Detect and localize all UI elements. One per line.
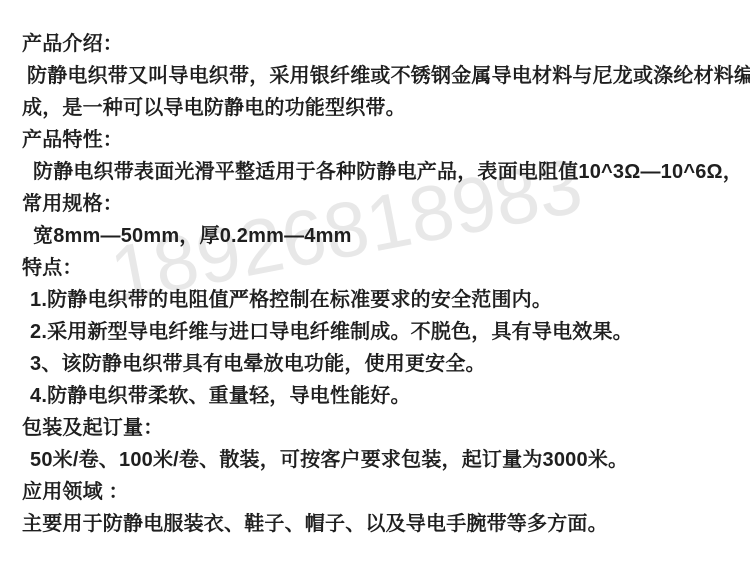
heading-common-specs: 常用规格： [22,188,732,220]
heading-packaging-moq: 包装及起订量： [22,412,732,444]
product-description-content: 产品介绍： 防静电织带又叫导电织带，采用银纤维或不锈钢金属导电材料与尼龙或涤纶材… [0,0,750,540]
specs-text: 宽8mm—50mm，厚0.2mm—4mm [22,220,732,252]
heading-characteristics: 特点： [22,252,732,284]
characteristic-item-3: 3、该防静电织带具有电晕放电功能，使用更安全。 [22,348,732,380]
characteristic-item-1: 1.防静电织带的电阻值严格控制在标准要求的安全范围内。 [22,284,732,316]
intro-text-line-2: 成，是一种可以导电防静电的功能型织带。 [22,92,732,124]
heading-product-intro: 产品介绍： [22,28,732,60]
characteristic-item-2: 2.采用新型导电纤维与进口导电纤维制成。不脱色，具有导电效果。 [22,316,732,348]
characteristic-item-4: 4.防静电织带柔软、重量轻，导电性能好。 [22,380,732,412]
applications-text: 主要用于防静电服装衣、鞋子、帽子、以及导电手腕带等多方面。 [22,508,732,540]
heading-product-features: 产品特性： [22,124,732,156]
product-description-page: 18926818983 产品介绍： 防静电织带又叫导电织带，采用银纤维或不锈钢金… [0,0,750,563]
heading-applications: 应用领域 ： [22,476,732,508]
packaging-text: 50米/卷、100米/卷、散装，可按客户要求包装，起订量为3000米。 [22,444,732,476]
features-text: 防静电织带表面光滑平整适用于各种防静电产品，表面电阻值10^3Ω—10^6Ω， [22,156,732,188]
intro-text-line-1: 防静电织带又叫导电织带，采用银纤维或不锈钢金属导电材料与尼龙或涤纶材料编织而 [22,60,732,92]
